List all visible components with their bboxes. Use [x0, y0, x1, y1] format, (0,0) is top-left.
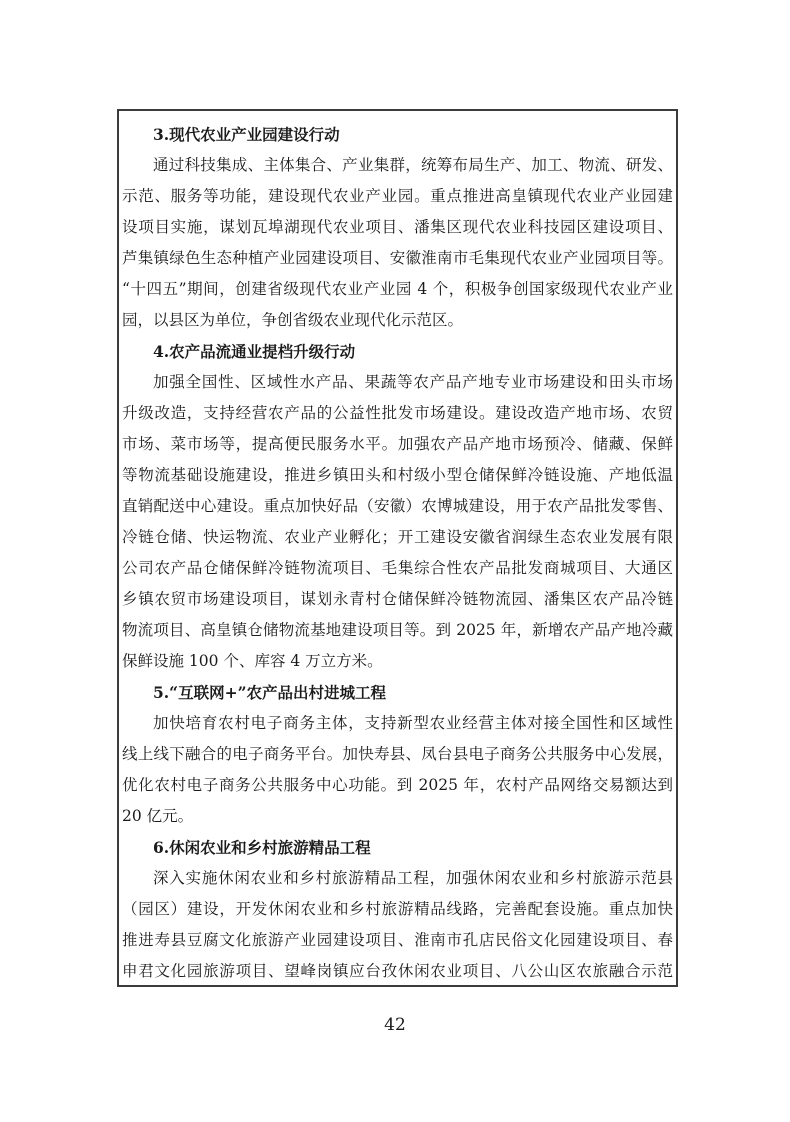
paragraph-line: 示范、服务等功能，建设现代农业产业园。重点推进高皇镇现代农业产业园建 — [122, 181, 673, 212]
section-title: 6.休闲农业和乡村旅游精品工程 — [122, 832, 673, 863]
paragraph-line: 加强全国性、区域性水产品、果蔬等农产品产地专业市场建设和田头市场 — [122, 367, 673, 398]
paragraph-line: 优化农村电子商务公共服务中心功能。到 2025 年，农村产品网络交易额达到 — [122, 770, 673, 801]
paragraph-line: 公司农产品仓储保鲜冷链物流项目、毛集综合性农产品批发商城项目、大通区 — [122, 553, 673, 584]
paragraph-line: 申君文化园旅游项目、望峰岗镇应台孜休闲农业项目、八公山区农旅融合示范 — [122, 956, 673, 987]
paragraph-line: 通过科技集成、主体集合、产业集群，统筹布局生产、加工、物流、研发、 — [122, 150, 673, 181]
paragraph-line: 线上线下融合的电子商务平台。加快寿县、凤台县电子商务公共服务中心发展， — [122, 739, 673, 770]
paragraph-line: 等物流基础设施建设，推进乡镇田头和村级小型仓储保鲜冷链设施、产地低温 — [122, 460, 673, 491]
section-title: 3.现代农业产业园建设行动 — [122, 119, 673, 150]
paragraph-line: 直销配送中心建设。重点加快好品（安徽）农博城建设，用于农产品批发零售、 — [122, 491, 673, 522]
paragraph-line: “十四五”期间，创建省级现代农业产业园 4 个，积极争创国家级现代农业产业 — [122, 274, 673, 305]
paragraph-line: 市场、菜市场等，提高便民服务水平。加强农产品产地市场预冷、储藏、保鲜 — [122, 429, 673, 460]
paragraph-line: 推进寿县豆腐文化旅游产业园建设项目、淮南市孔店民俗文化园建设项目、春 — [122, 925, 673, 956]
paragraph-line: 保鲜设施 100 个、库容 4 万立方米。 — [122, 646, 673, 677]
paragraph-line: 20 亿元。 — [122, 801, 673, 832]
paragraph-line: 乡镇农贸市场建设项目，谋划永青村仓储保鲜冷链物流园、潘集区农产品冷链 — [122, 584, 673, 615]
document-border-box: 3.现代农业产业园建设行动通过科技集成、主体集合、产业集群，统筹布局生产、加工、… — [117, 109, 678, 987]
paragraph-line: 设项目实施，谋划瓦埠湖现代农业项目、潘集区现代农业科技园区建设项目、 — [122, 212, 673, 243]
section-title: 4.农产品流通业提档升级行动 — [122, 336, 673, 367]
paragraph-line: 园，以县区为单位，争创省级农业现代化示范区。 — [122, 305, 673, 336]
paragraph-line: 冷链仓储、快运物流、农业产业孵化；开工建设安徽省润绿生态农业发展有限 — [122, 522, 673, 553]
paragraph-line: 芦集镇绿色生态种植产业园建设项目、安徽淮南市毛集现代农业产业园项目等。 — [122, 243, 673, 274]
document-content: 3.现代农业产业园建设行动通过科技集成、主体集合、产业集群，统筹布局生产、加工、… — [122, 119, 673, 987]
paragraph-line: 升级改造，支持经营农产品的公益性批发市场建设。建设改造产地市场、农贸 — [122, 398, 673, 429]
paragraph-line: （园区）建设，开发休闲农业和乡村旅游精品线路，完善配套设施。重点加快 — [122, 894, 673, 925]
paragraph-line: 加快培育农村电子商务主体，支持新型农业经营主体对接全国性和区域性 — [122, 708, 673, 739]
paragraph-line: 深入实施休闲农业和乡村旅游精品工程，加强休闲农业和乡村旅游示范县 — [122, 863, 673, 894]
page-number: 42 — [0, 1012, 790, 1038]
section-title: 5.“互联网+”农产品出村进城工程 — [122, 677, 673, 708]
paragraph-line: 物流项目、高皇镇仓储物流基地建设项目等。到 2025 年，新增农产品产地冷藏 — [122, 615, 673, 646]
